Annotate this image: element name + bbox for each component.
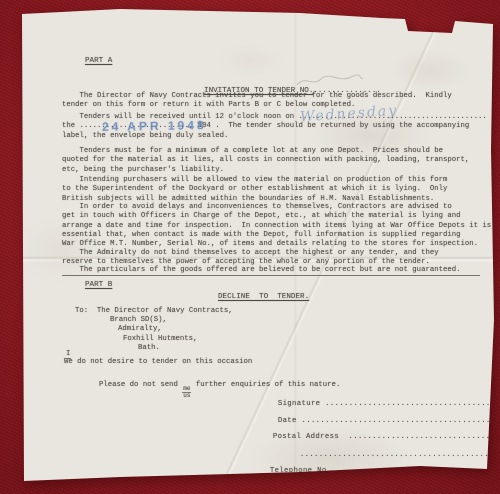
typed-line: essential that, when contact is made wit… [62,231,482,240]
enquiries-choice-us: us [183,393,190,399]
telephone-label: Telephone No. [270,467,336,475]
typed-line: The Admiralty do not bind themselves to … [62,249,482,258]
typed-line: The particulars of the goods offered are… [62,266,482,275]
typed-line: The Director of Navy Contracts invites y… [62,92,482,101]
addressee-line: Bath. [138,344,233,353]
decline-statement: We do not desire to tender on this occas… [64,358,252,367]
paragraph-3: Tenders must be for a minimum of a compl… [62,147,482,175]
typed-line: arrange a date and time for inspection. … [62,222,482,231]
addressee-line: Foxhill Hutments, [123,335,233,344]
telephone-field: Telephone No. ..........................… [232,459,500,483]
paragraph-6: The Admiralty do not bind themselves to … [62,249,482,268]
part-b-label: PART B [85,281,112,289]
photo-of-document-on-red-fabric: PART A INVITATION TO TENDER NO..........… [0,0,500,494]
section-divider-line [62,275,480,276]
typed-line: Tenders must be for a minimum of a compl… [62,147,482,156]
addressee-line: To: The Director of Navy Contracts, [75,307,233,316]
paper-shadow-wrapper: PART A INVITATION TO TENDER NO..........… [0,0,500,494]
paragraph-4: Intending purchasers will be allowed to … [62,176,482,204]
typed-line: Intending purchasers will be allowed to … [62,176,482,185]
addressee-block: To: The Director of Navy Contracts, Bran… [75,307,233,353]
paragraph-5: In order to avoid delays and inconvenien… [62,203,482,249]
addressee-line: Admiralty, [118,325,233,334]
part-a-label: PART A [85,57,112,65]
tender-form-paper: PART A INVITATION TO TENDER NO..........… [0,0,500,494]
date-label: Date [278,417,302,425]
date-dotted-line: ........................................… [302,417,500,425]
typed-line: quoted for the material as it lies, all … [62,156,482,165]
typed-line: In order to avoid delays and inconvenien… [62,203,482,212]
enquiries-prefix: Please do not send [99,381,182,389]
postal-address-label: Postal Address [273,433,349,441]
paragraph-7: The particulars of the goods offered are… [62,266,482,275]
pencil-scribble [295,72,365,90]
typed-line: to the Superintendent of the Dockyard or… [62,185,482,194]
paragraph-1: The Director of Navy Contracts invites y… [62,92,482,111]
date-stamp: 24 APR 1948 [102,118,207,134]
typed-line: etc, being the purchaser's liability. [62,166,482,175]
typed-line: get in touch with Officers in Charge of … [62,212,482,221]
typed-line: tender on this form or return it with Pa… [62,101,482,110]
decline-to-tender-title: DECLINE TO TENDER. [218,293,309,301]
telephone-dotted-line: ....................................... [336,467,500,475]
enquiries-suffix: further enquiries of this nature. [191,381,340,389]
postal-address-dotted-line: ................................... [349,433,500,441]
signature-dotted-line: ........................................… [325,400,500,408]
postal-address-dotted-line-2: ........................................… [300,451,499,459]
signature-label: Signature [278,400,325,408]
